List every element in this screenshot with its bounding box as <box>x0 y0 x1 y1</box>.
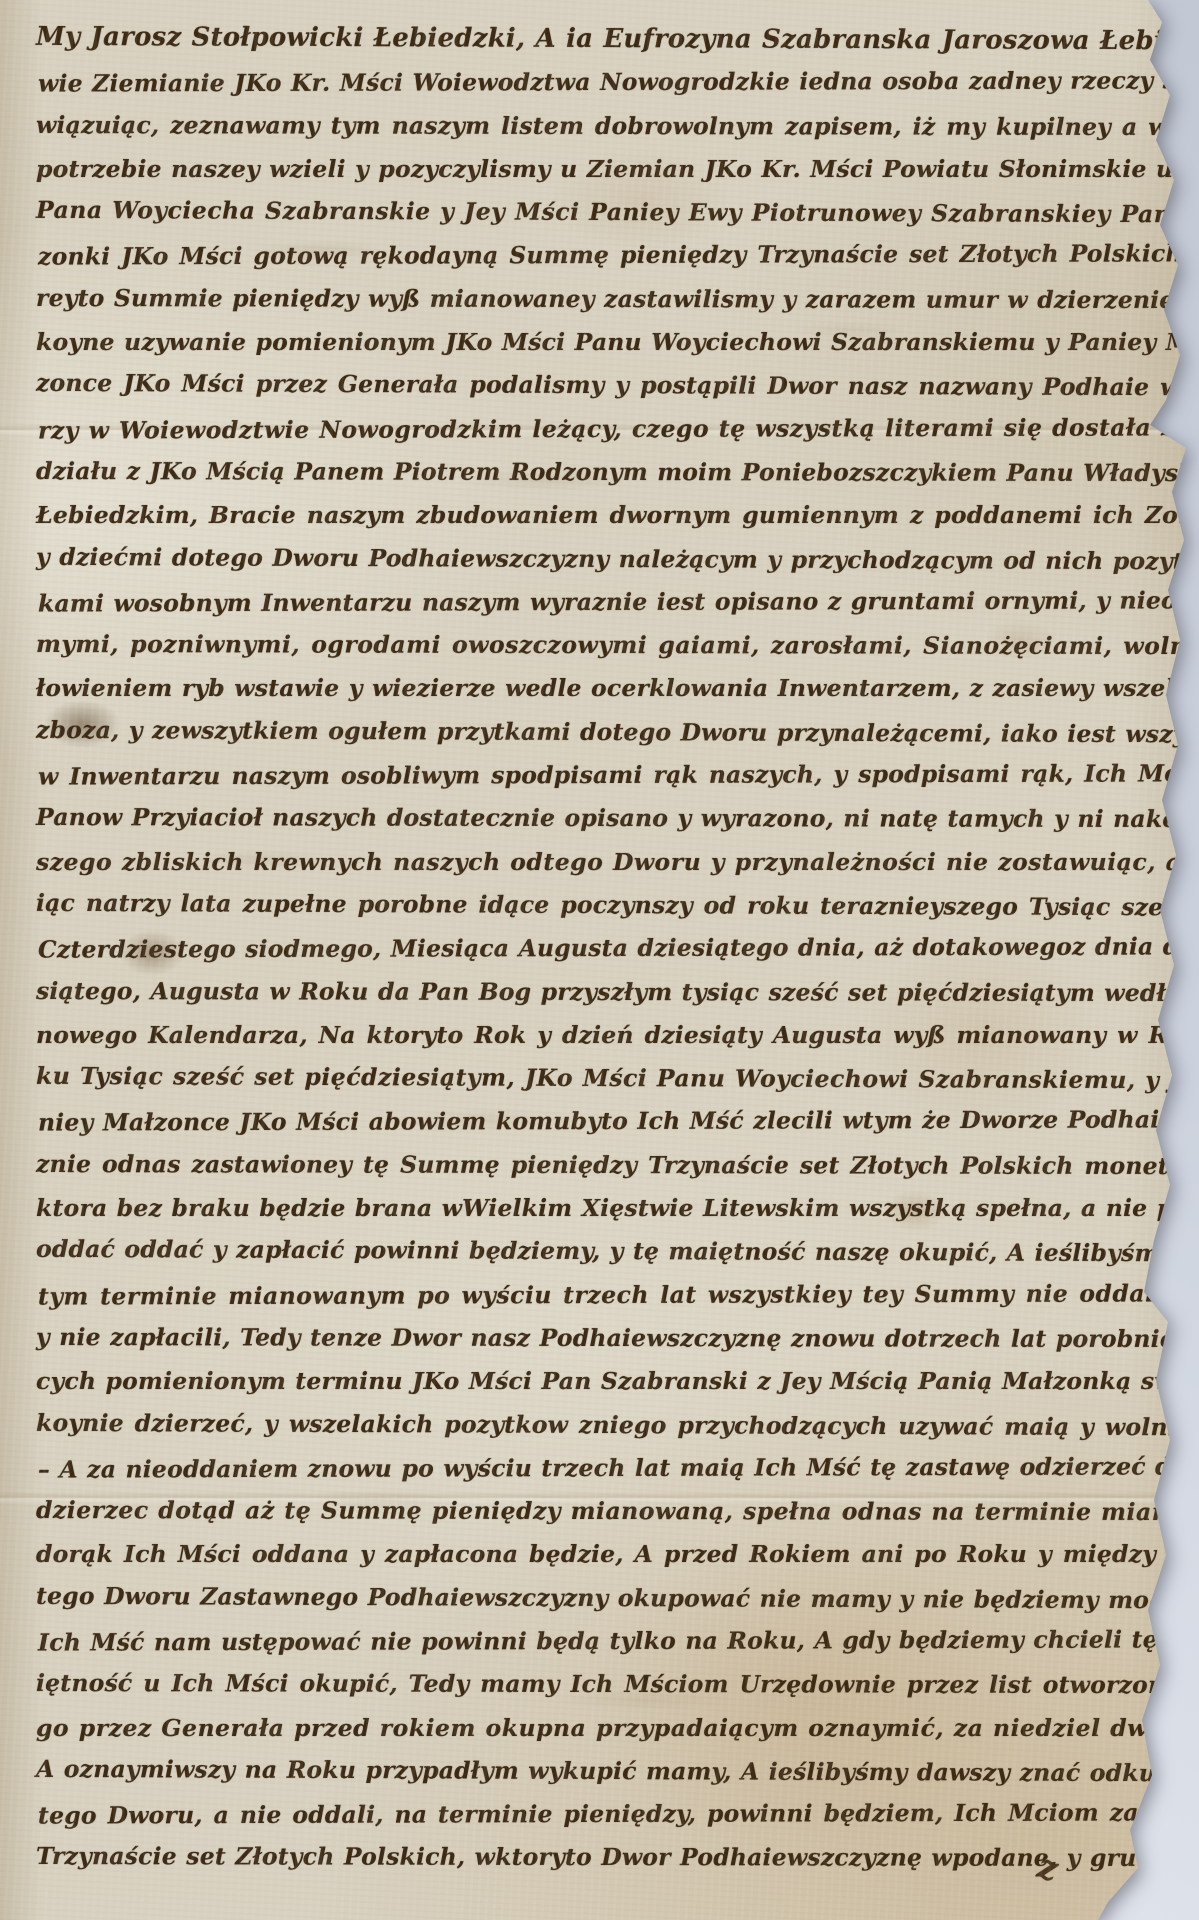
manuscript-line: w Inwentarzu naszym osobliwym spodpisami… <box>38 752 1160 798</box>
manuscript-line: tym terminie mianowanym po wyściu trzech… <box>38 1272 1160 1318</box>
manuscript-line: szego zbliskich krewnych naszych odtego … <box>36 841 1158 884</box>
manuscript-line: cych pomienionym terminu JKo Mści Pan Sz… <box>36 1360 1158 1403</box>
manuscript-line: Ich Mść nam ustępować nie powinni będą t… <box>38 1618 1160 1664</box>
manuscript-line: – A za nieoddaniem znowu po wyściu trzec… <box>38 1445 1160 1491</box>
paper-sheet: My Jarosz Stołpowicki Łebiedzki, A ia Eu… <box>0 0 1199 1920</box>
manuscript-line: iętność u Ich Mści okupić, Tedy mamy Ich… <box>36 1662 1158 1707</box>
manuscript-line: mymi, pozniwnymi, ogrodami owoszczowymi … <box>36 623 1158 668</box>
manuscript-line: Pana Woyciecha Szabranskie y Jey Mści Pa… <box>36 189 1158 237</box>
paper-shadow-wrap: My Jarosz Stołpowicki Łebiedzki, A ia Eu… <box>0 0 1199 1920</box>
manuscript-line: oddać oddać y zapłacić powinni będziemy,… <box>36 1228 1158 1276</box>
manuscript-line: reyto Summie pieniędzy wyß mianowaney za… <box>36 277 1158 322</box>
manuscript-line: dzierzec dotąd aż tę Summę pieniędzy mia… <box>36 1489 1158 1534</box>
manuscript-line: koyne uzywanie pomienionym JKo Mści Panu… <box>36 321 1158 364</box>
manuscript-line: iąc natrzy lata zupełne porobne idące po… <box>36 882 1158 930</box>
manuscript-photo: My Jarosz Stołpowicki Łebiedzki, A ia Eu… <box>0 0 1199 1920</box>
manuscript-line: Łebiedzkim, Bracie naszym zbudowaniem dw… <box>36 494 1158 537</box>
manuscript-line: łowieniem ryb wstawie y wiezierze wedle … <box>36 667 1158 710</box>
manuscript-line: znie odnas zastawioney tę Summę pieniędz… <box>36 1143 1158 1188</box>
manuscript-line: nowego Kalendarza, Na ktoryto Rok y dzie… <box>36 1014 1158 1057</box>
manuscript-line: go przez Generała przed rokiem okupna pr… <box>36 1707 1158 1750</box>
manuscript-line: zonki JKo Mści gotową rękodayną Summę pi… <box>38 233 1160 279</box>
manuscript-line: koynie dzierzeć, y wszelakich pozytkow z… <box>36 1401 1158 1449</box>
manuscript-line: tego Dworu Zastawnego Podhaiewszczyzny o… <box>36 1575 1158 1623</box>
manuscript-line: Panow Przyiacioł naszych dostatecznie op… <box>36 796 1158 841</box>
manuscript-line: Czterdziestego siodmego, Miesiąca August… <box>38 926 1160 972</box>
manuscript-line: rzy w Woiewodztwie Nowogrodzkim leżący, … <box>38 406 1160 452</box>
manuscript-line: ku Tysiąc sześć set pięćdziesiątym, JKo … <box>36 1055 1158 1103</box>
manuscript-line: y nie zapłacili, Tedy tenze Dwor nasz Po… <box>36 1316 1158 1361</box>
manuscript-line: wiązuiąc, zeznawamy tym naszym listem do… <box>36 104 1158 149</box>
manuscript-line: kami wosobnym Inwentarzu naszym wyraznie… <box>38 579 1160 625</box>
manuscript-line: tego Dworu, a nie oddali, na terminie pi… <box>38 1792 1160 1838</box>
manuscript-line: A oznaymiwszy na Roku przypadłym wykupić… <box>36 1748 1158 1796</box>
manuscript-line: niey Małzonce JKo Mści abowiem komubyto … <box>38 1099 1160 1145</box>
manuscript-line: My Jarosz Stołpowicki Łebiedzki, A ia Eu… <box>36 16 1158 64</box>
manuscript-text: My Jarosz Stołpowicki Łebiedzki, A ia Eu… <box>36 18 1158 1880</box>
manuscript-line: zonce JKo Mści przez Generała podalismy … <box>36 362 1158 410</box>
manuscript-line: wie Ziemianie JKo Kr. Mści Woiewodztwa N… <box>38 60 1160 106</box>
manuscript-line: działu z JKo Mścią Panem Piotrem Rodzony… <box>36 450 1158 495</box>
manuscript-line: Trzynaście set Złotych Polskich, wktoryt… <box>36 1835 1158 1880</box>
manuscript-line: y dziećmi dotego Dworu Podhaiewszczyzny … <box>36 535 1158 583</box>
manuscript-line: ktora bez braku będzie brana wWielkim Xi… <box>36 1187 1158 1230</box>
manuscript-line: zboza, y zewszytkiem ogułem przytkami do… <box>36 709 1158 757</box>
manuscript-line: dorąk Ich Mści oddana y zapłacona będzie… <box>36 1533 1158 1576</box>
manuscript-line: siątego, Augusta w Roku da Pan Bog przys… <box>36 970 1158 1015</box>
manuscript-line: potrzebie naszey wzieli y pozyczylismy u… <box>36 148 1158 191</box>
